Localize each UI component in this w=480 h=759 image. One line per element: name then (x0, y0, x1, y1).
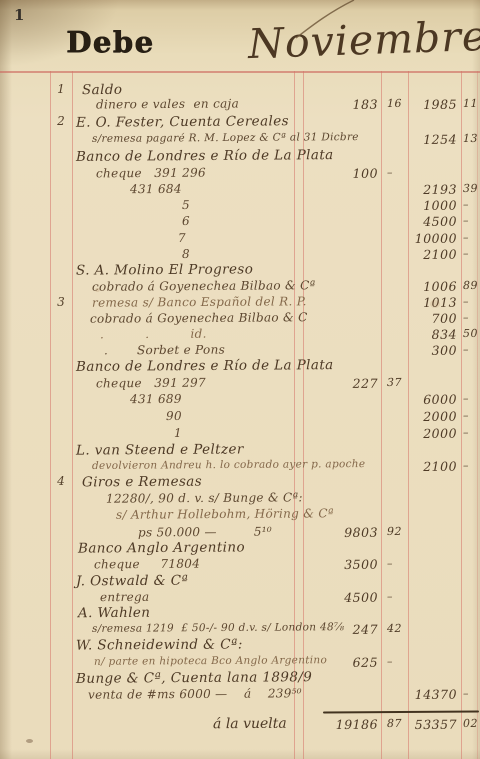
ledger-page: 1 Debe Noviembre 1Saldodinero e vales en… (0, 0, 480, 759)
amount-col2: 700 (372, 311, 457, 327)
ledger-entry-text: ps 50.000 — 5¹⁰ (138, 525, 272, 540)
amount-col2-cents: – (463, 295, 469, 308)
amount-col2-cents: – (463, 409, 469, 422)
amount-col1-cents: – (387, 166, 393, 179)
amount-col2-cents: – (463, 392, 469, 405)
amount-col1: 625 (294, 655, 378, 671)
month-title: Noviembre (247, 12, 480, 68)
page-number: 1 (14, 6, 24, 24)
column-rule-right-edge (477, 71, 478, 759)
ledger-entry-text: n/ parte en hipoteca Bco Anglo Argentino (94, 654, 327, 668)
ledger-entry-text: L. van Steend e Peltzer (76, 441, 244, 458)
amount-col1: 227 (294, 376, 378, 392)
amount-col2: 2100 (372, 459, 457, 475)
amount-col1: 247 (294, 622, 378, 638)
amount-col2-cents: – (463, 311, 469, 324)
amount-col2: 1985 (372, 97, 457, 113)
day-number: 1 (52, 82, 70, 96)
amount-col2-cents: – (463, 231, 469, 244)
amount-col2: 10000 (372, 231, 457, 247)
column-rule-margin-left (50, 71, 51, 759)
amount-col2: 1000 (372, 198, 457, 214)
ledger-entry-text: remesa s/ Banco Español del R. P. (92, 294, 307, 309)
ledger-entry-text: E. O. Fester, Cuenta Cereales (76, 113, 289, 130)
day-number: 2 (52, 114, 70, 128)
ledger-entry-text: 5 (182, 198, 190, 212)
ledger-entry-text: 431 689 (130, 392, 182, 406)
ledger-entry-text: devolvieron Andreu h. lo cobrado ayer p.… (92, 458, 365, 472)
amount-col1: 9803 (294, 525, 378, 541)
total-amount-col2-cents: 02 (463, 717, 478, 730)
amount-col2: 1006 (372, 279, 457, 295)
amount-col1-cents: 42 (387, 622, 402, 635)
ledger-entry-text: W. Schneidewind & Cª: (76, 636, 243, 653)
ledger-entry-text: s/remesa pagaré R. M. Lopez & Cª al 31 D… (92, 131, 359, 145)
ledger-entry-text: 7 (178, 231, 186, 245)
amount-col2: 834 (372, 327, 457, 343)
amount-col2-cents: 39 (463, 182, 478, 195)
ledger-entry-text: 431 684 (130, 182, 182, 196)
ledger-entry-text: entrega (100, 590, 150, 604)
amount-col1: 183 (294, 97, 378, 113)
amount-col1-cents: – (387, 557, 393, 570)
total-amount-col2: 53357 (372, 717, 457, 733)
ledger-entry-text: 6 (182, 214, 190, 228)
ledger-entry-text: venta de #ms 6000 — á 239⁵⁰ (88, 686, 302, 701)
ledger-entry-text: Banco Anglo Argentino (78, 539, 245, 556)
ledger-entry-text: 8 (182, 247, 190, 261)
amount-col2-cents: – (463, 426, 469, 439)
amount-col1-cents: – (387, 655, 393, 668)
amount-col2-cents: – (463, 343, 469, 356)
ledger-entry-text: dinero e vales en caja (96, 97, 239, 112)
amount-col2-cents: 50 (463, 327, 478, 340)
day-number: 3 (52, 295, 70, 309)
column-rule-day (72, 71, 73, 759)
total-rule (323, 710, 479, 713)
amount-col2: 2100 (372, 247, 457, 263)
amount-col2-cents: – (463, 214, 469, 227)
ledger-entry-text: Bunge & Cª, Cuenta lana 1898/9 (76, 669, 312, 687)
amount-col2: 1254 (372, 132, 457, 148)
ledger-entry-text: A. Wahlen (78, 605, 151, 622)
ledger-entry-text: Giros e Remesas (82, 474, 202, 491)
ledger-entry-text: J. Ostwald & Cª (76, 573, 188, 590)
ledger-entry-text: cheque 391 296 (96, 166, 206, 181)
amount-col2: 2000 (372, 409, 457, 425)
section-title-debe: Debe (66, 25, 154, 59)
paper-stain (430, 300, 440, 308)
amount-col2: 1013 (372, 295, 457, 311)
amount-col1: 4500 (294, 590, 378, 606)
paper-stain (95, 288, 100, 292)
ledger-entry-text: Banco de Londres e Río de La Plata (76, 357, 334, 375)
total-amount-col1: 19186 (294, 717, 378, 733)
amount-col2-cents: – (463, 247, 469, 260)
ledger-entry-text: cheque 391 297 (96, 376, 206, 391)
amount-col1-cents: 92 (387, 525, 402, 538)
amount-col2-cents: – (463, 198, 469, 211)
carry-forward-label: á la vuelta (213, 716, 287, 733)
ledger-entry-text: . . id. (100, 327, 207, 342)
ink-smudge (26, 739, 33, 743)
column-rule-amount2-cents (461, 71, 462, 759)
ledger-entry-text: Banco de Londres e Río de La Plata (76, 147, 334, 165)
amount-col1-cents: 37 (387, 376, 402, 389)
ledger-entry-text: 1 (174, 426, 182, 440)
amount-col2: 2000 (372, 426, 457, 442)
amount-col2-cents: 11 (463, 97, 478, 110)
ledger-entry-text: Saldo (82, 82, 123, 98)
amount-col1: 100 (294, 166, 378, 182)
amount-col2-cents: 13 (463, 132, 478, 145)
amount-col2: 2193 (372, 182, 457, 198)
amount-col2-cents: – (463, 687, 469, 700)
amount-col1-cents: – (387, 590, 393, 603)
amount-col1: 3500 (294, 557, 378, 573)
ledger-entry-text: cobrado á Goyenechea Bilbao & Cª (92, 278, 316, 294)
ledger-entry-text: . Sorbet e Pons (104, 343, 225, 358)
ledger-entry-text: s/ Arthur Hollebohm, Höring & Cª (116, 506, 334, 522)
ledger-entry-text: cobrado á Goyenechea Bilbao & C (90, 310, 308, 326)
ledger-entry-text: 12280/, 90 d. v. s/ Bunge & Cª: (106, 490, 303, 505)
ledger-entry-text: 90 (166, 409, 182, 423)
amount-col2: 14370 (372, 687, 457, 703)
ledger-photo: { "page": { "number": "1", "section_titl… (0, 0, 480, 759)
amount-col2: 4500 (372, 214, 457, 230)
amount-col2-cents: – (463, 459, 469, 472)
ledger-entry-text: cheque 71804 (94, 557, 200, 572)
amount-col2: 6000 (372, 392, 457, 408)
amount-col2: 300 (372, 343, 457, 359)
day-number: 4 (52, 474, 70, 488)
ledger-entry-text: S. A. Molino El Progreso (76, 261, 253, 278)
amount-col2-cents: 89 (463, 279, 478, 292)
